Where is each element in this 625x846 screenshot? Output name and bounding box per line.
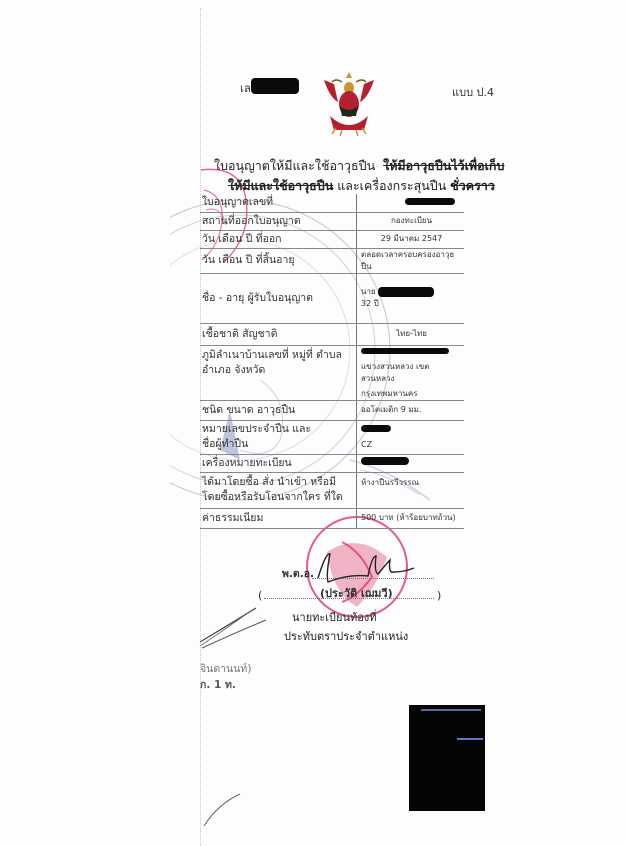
photo-artifact — [421, 709, 481, 711]
license-details-table: ใบอนุญาตเลขที่ สถานที่ออกใบอนุญาต กองทะเ… — [200, 194, 464, 529]
pen-stroke-icon — [196, 600, 276, 650]
table-row: หมายเลขประจำปืน และ ชื่อผู้ทำปืน CZ — [200, 420, 464, 454]
table-row: เครื่องหมายทะเบียน — [200, 454, 464, 472]
field-value: ตลอดเวลาครอบครองอาวุธปืน — [357, 248, 465, 273]
table-row: วัน เดือน ปี ที่สิ้นอายุ ตลอดเวลาครอบครอ… — [200, 248, 464, 273]
field-label: ชนิด ขนาด อาวุธปืน — [200, 400, 357, 420]
redacted-photo — [409, 705, 485, 811]
field-label: เครื่องหมายทะเบียน — [200, 454, 357, 472]
signer-title: นายทะเบียนท้องที่ — [292, 608, 377, 626]
table-row: ชื่อ - อายุ ผู้รับใบอนุญาต นาย 32 ปี — [200, 273, 464, 323]
field-label: สถานที่ออกใบอนุญาต — [200, 212, 357, 230]
table-row: ได้มาโดยซื้อ สั่ง นำเข้า หรือมี โดยซื้อห… — [200, 472, 464, 508]
field-label-line: อำเภอ จังหวัด — [202, 363, 354, 378]
field-value — [357, 194, 465, 212]
field-label-line: ชื่อผู้ทำปืน — [202, 437, 354, 452]
field-value: ออโตเมติก 9 มม. — [357, 400, 465, 420]
title-plain: ใบอนุญาตให้มีและใช้อาวุธปืน — [214, 158, 375, 173]
field-label: วัน เดือน ปี ที่ออก — [200, 230, 357, 248]
garuda-emblem-icon — [320, 72, 378, 136]
field-value: CZ — [357, 420, 465, 454]
field-value: ไทย-ไทย — [357, 323, 465, 345]
field-label: ใบอนุญาตเลขที่ — [200, 194, 357, 212]
pen-mark-icon — [200, 790, 250, 830]
address-line: แขวงสวนหลวง เขตสวนหลวง — [361, 361, 462, 385]
table-row: เชื้อชาติ สัญชาติ ไทย-ไทย — [200, 323, 464, 345]
table-row: ชนิด ขนาด อาวุธปืน ออโตเมติก 9 มม. — [200, 400, 464, 420]
document-title-line1: ใบอนุญาตให้มีและใช้อาวุธปืน ให้มีอาวุธปื… — [214, 156, 504, 176]
redacted-registration — [361, 457, 409, 465]
photo-artifact — [457, 738, 483, 740]
name-line — [264, 598, 434, 599]
field-label-line: ได้มาโดยซื้อ สั่ง นำเข้า หรือมี — [202, 475, 354, 490]
title-plain: และเครื่องกระสุนปืน — [337, 178, 446, 193]
field-value: นาย 32 ปี — [357, 273, 465, 323]
redacted-name — [378, 287, 434, 297]
table-row: ใบอนุญาตเลขที่ — [200, 194, 464, 212]
redacted-address — [361, 348, 449, 354]
address-line: กรุงเทพมหานคร — [361, 388, 462, 400]
title-struck: ชั่วคราว — [450, 178, 495, 193]
footer-line2: ก. 1 ท. — [200, 676, 236, 693]
title-struck: ให้มีและใช้อาวุธปืน — [228, 178, 333, 193]
field-label: วัน เดือน ปี ที่สิ้นอายุ — [200, 248, 357, 273]
redacted-value — [405, 198, 455, 205]
form-code: แบบ ป.4 — [452, 83, 494, 101]
field-value: 500 บาท (ห้าร้อยบาทถ้วน) — [357, 508, 465, 528]
title-struck: ให้มีอาวุธปืนไว้เพื่อเก็บ — [383, 158, 504, 173]
field-label-line: หมายเลขประจำปืน และ — [202, 422, 354, 437]
field-value: 29 มีนาคม 2547 — [357, 230, 465, 248]
field-label: ค่าธรรมเนียม — [200, 508, 357, 528]
field-value: แขวงสวนหลวง เขตสวนหลวง กรุงเทพมหานคร — [357, 345, 465, 400]
table-row: สถานที่ออกใบอนุญาต กองทะเบียน — [200, 212, 464, 230]
table-row: ภูมิลำเนาบ้านเลขที่ หมู่ที่ ตำบล อำเภอ จ… — [200, 345, 464, 400]
field-label: หมายเลขประจำปืน และ ชื่อผู้ทำปืน — [200, 420, 357, 454]
close-paren: ) — [437, 589, 441, 602]
document-number-redacted — [251, 78, 299, 94]
field-label: เชื้อชาติ สัญชาติ — [200, 323, 357, 345]
field-label: ชื่อ - อายุ ผู้รับใบอนุญาต — [200, 273, 357, 323]
name-prefix: นาย — [361, 287, 376, 296]
field-value — [357, 454, 465, 472]
document-title-line2: ให้มีและใช้อาวุธปืน และเครื่องกระสุนปืน … — [228, 176, 495, 196]
field-label: ภูมิลำเนาบ้านเลขที่ หมู่ที่ ตำบล อำเภอ จ… — [200, 345, 357, 400]
table-row: ค่าธรรมเนียม 500 บาท (ห้าร้อยบาทถ้วน) — [200, 508, 464, 528]
table-row: วัน เดือน ปี ที่ออก 29 มีนาคม 2547 — [200, 230, 464, 248]
field-label: ได้มาโดยซื้อ สั่ง นำเข้า หรือมี โดยซื้อห… — [200, 472, 357, 508]
stamp-caption: ประทับตราประจำตำแหน่ง — [284, 627, 408, 645]
footer-line1: จินดานนท์) — [200, 660, 251, 677]
age-value: 32 ปี — [361, 298, 462, 310]
manufacturer-value: CZ — [361, 439, 462, 451]
field-label-line: โดยซื้อหรือรับโอนจากใคร ที่ใด — [202, 490, 354, 505]
field-value: กองทะเบียน — [357, 212, 465, 230]
field-value: ห้างาปืนรวีวรรณ — [357, 472, 465, 508]
signer-name: (ประวัติ เฌมวี) — [320, 584, 393, 602]
redacted-serial — [361, 425, 391, 432]
field-label-line: ภูมิลำเนาบ้านเลขที่ หมู่ที่ ตำบล — [202, 348, 354, 363]
